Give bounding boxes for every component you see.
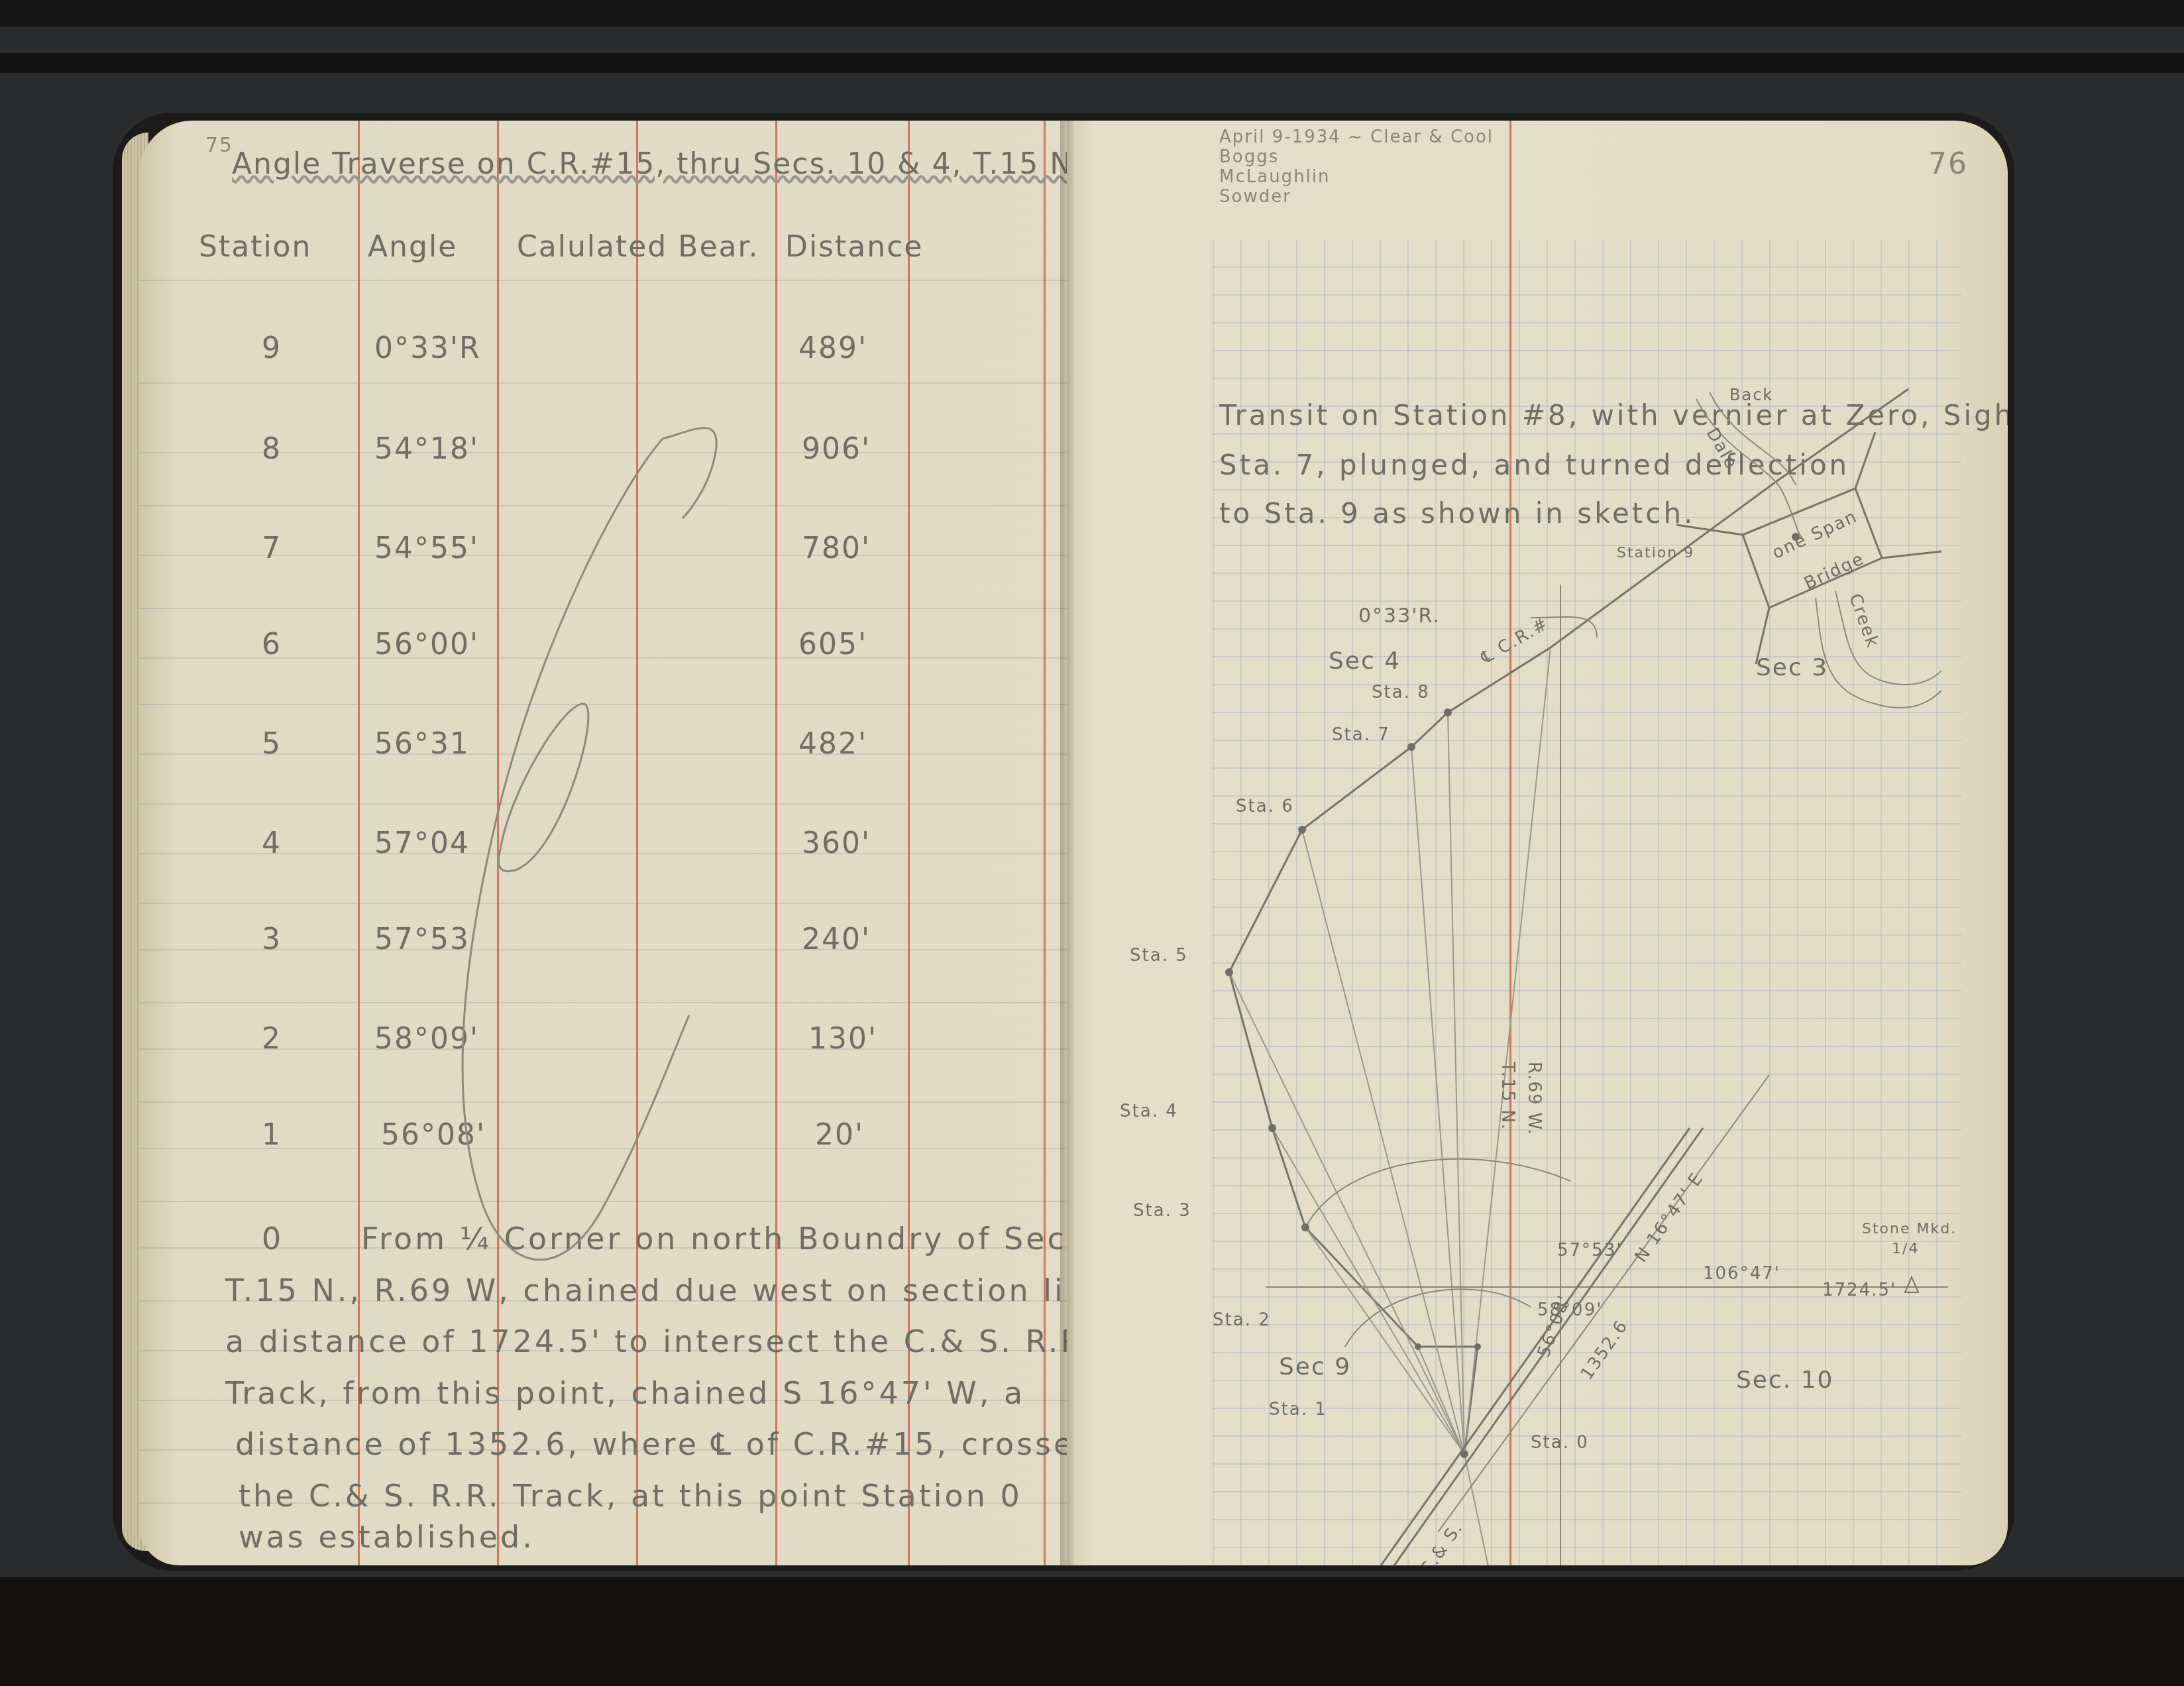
section-label: Sec. 10 xyxy=(1736,1367,1834,1394)
right-page: April 9-1934 ~ Clear & Cool Boggs McLaug… xyxy=(1067,121,2008,1565)
angle-label: 57°53' xyxy=(1557,1241,1622,1261)
background-band xyxy=(0,53,2184,73)
background-band xyxy=(0,0,2184,27)
back-label: Back xyxy=(1729,386,1773,404)
background-band xyxy=(0,1577,2184,1686)
station-label: Sta. 6 xyxy=(1236,797,1294,816)
township-label: T.15 N. xyxy=(1498,1062,1517,1131)
station-label: Sta. 0 xyxy=(1531,1433,1589,1453)
station-label: Sta. 2 xyxy=(1213,1310,1271,1330)
spine xyxy=(1060,121,1073,1565)
station-label: Sta. 7 xyxy=(1332,725,1390,745)
angle-label: 0°33'R. xyxy=(1358,604,1441,628)
stone-label: Stone Mkd. xyxy=(1862,1221,1957,1237)
section-label: Sec 3 xyxy=(1756,654,1828,681)
station-label: Sta. 3 xyxy=(1133,1201,1191,1221)
station-label: Sta. 1 xyxy=(1269,1400,1327,1420)
field-notebook: 75 Angle Traverse on C.R.#15, thru Secs.… xyxy=(113,113,2014,1571)
section-label: Sec 4 xyxy=(1329,647,1401,675)
station-label: Station 9 xyxy=(1617,545,1694,561)
section-line-distance: 1724.5' xyxy=(1822,1280,1896,1300)
pencil-scribble xyxy=(139,121,1173,1565)
left-page: 75 Angle Traverse on C.R.#15, thru Secs.… xyxy=(139,121,1173,1565)
quarter-label: 1/4 xyxy=(1892,1241,1919,1257)
station-label: Sta. 4 xyxy=(1120,1101,1178,1121)
range-label: R.69 W. xyxy=(1524,1062,1544,1136)
angle-label: 106°47' xyxy=(1703,1264,1780,1284)
section-label: Sec 9 xyxy=(1279,1353,1351,1380)
station-label: Sta. 5 xyxy=(1130,946,1188,966)
station-label: Sta. 8 xyxy=(1372,683,1430,702)
